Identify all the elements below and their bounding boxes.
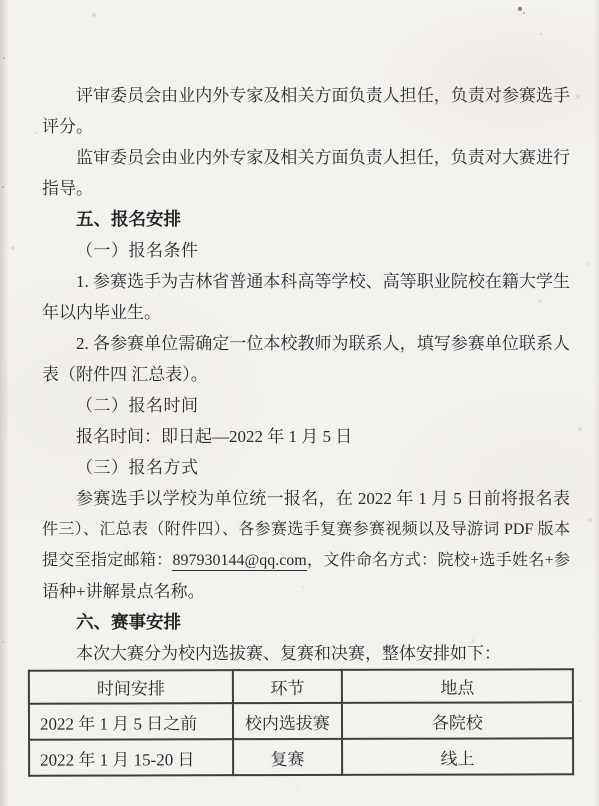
- table-cell-location: 线上: [342, 738, 573, 775]
- subsection-heading-conditions: （一）报名条件: [42, 235, 570, 266]
- body-text-line-email: 提交至指定邮箱：897930144@qq.com，文件命名方式：院校+选手姓名+…: [42, 545, 570, 576]
- body-text-line: 指导。: [42, 173, 570, 204]
- email-line-prefix: 提交至指定邮箱：: [42, 552, 172, 569]
- body-text-line: 年以内毕业生。: [42, 297, 570, 328]
- subsection-heading-time: （二）报名时间: [42, 390, 570, 421]
- table-header-time: 时间安排: [29, 670, 233, 704]
- body-text-line: 报名时间：即日起—2022 年 1 月 5 日: [42, 421, 570, 452]
- schedule-table-row: 2022 年 1 月 5 日之前 校内选拔赛 各院校: [29, 702, 573, 739]
- body-text-line: 件三）、汇总表（附件四）、各参赛选手复赛参赛视频以及导游词 PDF 版本: [42, 514, 570, 545]
- scan-edge-shadow-right: [594, 0, 599, 806]
- body-text-line: 1. 参赛选手为吉林省普通本科高等学校、高等职业院校在籍大学生及 5: [42, 266, 570, 297]
- body-text-line: 本次大赛分为校内选拔赛、复赛和决赛，整体安排如下：: [42, 638, 570, 669]
- subsection-heading-method: （三）报名方式: [42, 452, 570, 483]
- table-cell-time: 2022 年 1 月 5 日之前: [29, 703, 233, 740]
- body-text-line: 评分。: [42, 111, 570, 142]
- table-cell-stage: 复赛: [233, 739, 342, 775]
- table-cell-location: 各院校: [342, 702, 573, 739]
- body-text-line: 参赛选手以学校为单位统一报名，在 2022 年 1 月 5 日前将报名表（附: [42, 483, 570, 514]
- schedule-table: 时间安排 环节 地点 2022 年 1 月 5 日之前 校内选拔赛 各院校 20…: [28, 668, 574, 776]
- body-text-line: 评审委员会由业内外专家及相关方面负责人担任，负责对参赛选手进行: [42, 80, 570, 111]
- section-heading-events: 六、赛事安排: [42, 607, 570, 638]
- body-text-line: 语种+讲解景点名称。: [42, 576, 570, 607]
- schedule-table-row: 2022 年 1 月 15-20 日 复赛 线上: [29, 738, 573, 775]
- table-header-stage: 环节: [233, 670, 342, 703]
- section-heading-registration: 五、报名安排: [42, 204, 570, 235]
- scan-edge-shadow-left: [0, 0, 9, 806]
- body-text-line: 表（附件四 汇总表）。: [42, 359, 570, 390]
- table-cell-time: 2022 年 1 月 15-20 日: [29, 739, 233, 776]
- table-header-location: 地点: [342, 669, 573, 703]
- schedule-table-header-row: 时间安排 环节 地点: [29, 669, 573, 703]
- table-cell-stage: 校内选拔赛: [233, 703, 342, 739]
- scanned-document-page: 评审委员会由业内外专家及相关方面负责人担任，负责对参赛选手进行 评分。 监审委员…: [0, 0, 599, 806]
- document-body: 评审委员会由业内外专家及相关方面负责人担任，负责对参赛选手进行 评分。 监审委员…: [42, 80, 570, 669]
- body-text-line: 监审委员会由业内外专家及相关方面负责人担任，负责对大赛进行监督: [42, 142, 570, 173]
- email-address: 897930144@qq.com: [172, 552, 306, 571]
- scan-red-speckles: [0, 0, 2, 2]
- body-text-line: 2. 各参赛单位需确定一位本校教师为联系人，填写参赛单位联系人信息: [42, 328, 570, 359]
